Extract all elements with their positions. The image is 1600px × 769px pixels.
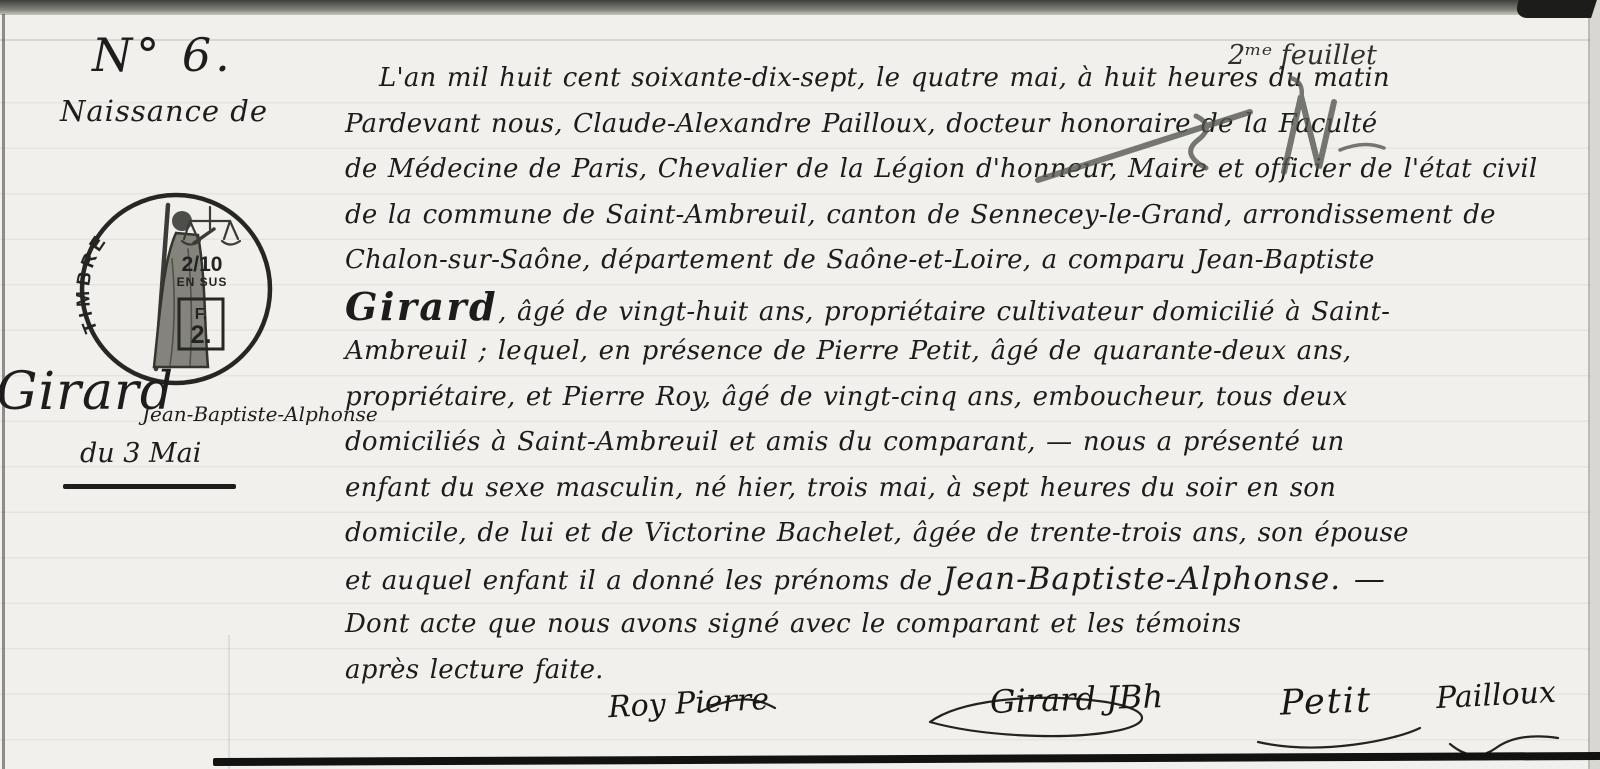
signature-pailloux: Pailloux	[1435, 675, 1556, 716]
scan-corner-mark	[1513, 0, 1597, 18]
act-number: N° 6.	[92, 28, 234, 82]
stamp-surcharge: 2/10	[182, 253, 223, 276]
margin-given-names: Jean-Baptiste-Alphonse	[142, 402, 378, 426]
bottom-register-rule	[213, 752, 1600, 766]
scan-top-band	[0, 0, 1600, 15]
signature-roy: Roy Pierre	[607, 682, 770, 725]
act-body-text: L'an mil huit cent soixante-dix-sept, le…	[345, 56, 1588, 693]
body-line: Ambreuil ; lequel, en présence de Pierre…	[345, 329, 1588, 375]
body-line: Dont acte que nous avons signé avec le c…	[345, 602, 1588, 648]
stamp-value-amount: 2.	[191, 321, 212, 349]
declarant-surname: Girard	[345, 284, 498, 329]
body-line-prenoms: et auquel enfant il a donné les prénoms …	[345, 557, 1588, 603]
body-line: domiciliés à Saint-Ambreuil et amis du c…	[345, 420, 1588, 466]
stamp-circular-text: TIMBRE	[76, 230, 112, 336]
margin-birth-date: du 3 Mai	[80, 438, 201, 469]
body-line: Chalon-sur-Saône, département de Saône-e…	[345, 238, 1588, 284]
body-line: Pardevant nous, Claude-Alexandre Paillou…	[345, 102, 1588, 148]
stamp-surcharge-label: EN SUS	[177, 275, 228, 289]
body-line-lead: et auquel enfant il a donné les prénoms …	[345, 566, 943, 596]
body-line: de la commune de Saint-Ambreuil, canton …	[345, 193, 1588, 239]
paper-fold-line	[228, 635, 230, 769]
body-line: de Médecine de Paris, Chevalier de la Lé…	[345, 147, 1588, 193]
body-line-rest: , âgé de vingt-huit ans, propriétaire cu…	[498, 297, 1390, 327]
margin-divider-rule	[63, 484, 236, 489]
signature-petit: Petit	[1279, 680, 1372, 723]
body-line: propriétaire, et Pierre Roy, âgé de ving…	[345, 375, 1588, 421]
revenue-stamp: TIMBRE 2/10 EN SUS F. 2.	[76, 189, 276, 389]
body-line: après lecture faite.	[345, 648, 1588, 694]
body-line: L'an mil huit cent soixante-dix-sept, le…	[345, 56, 1588, 102]
signature-girard: Girard JBh	[989, 677, 1163, 721]
scan-right-line	[1588, 0, 1590, 769]
birth-act-page: N° 6. Naissance de TIMBRE 2/10 EN SUS	[0, 0, 1600, 769]
body-line: domicile, de lui et de Victorine Bachele…	[345, 511, 1588, 557]
act-type-label: Naissance de	[60, 94, 268, 128]
child-given-names: Jean-Baptiste-Alphonse. —	[943, 561, 1386, 597]
body-line: enfant du sexe masculin, né hier, trois …	[345, 466, 1588, 512]
body-line-girard: Girard, âgé de vingt-huit ans, propriéta…	[345, 284, 1588, 330]
scan-right-edge	[1590, 0, 1600, 769]
